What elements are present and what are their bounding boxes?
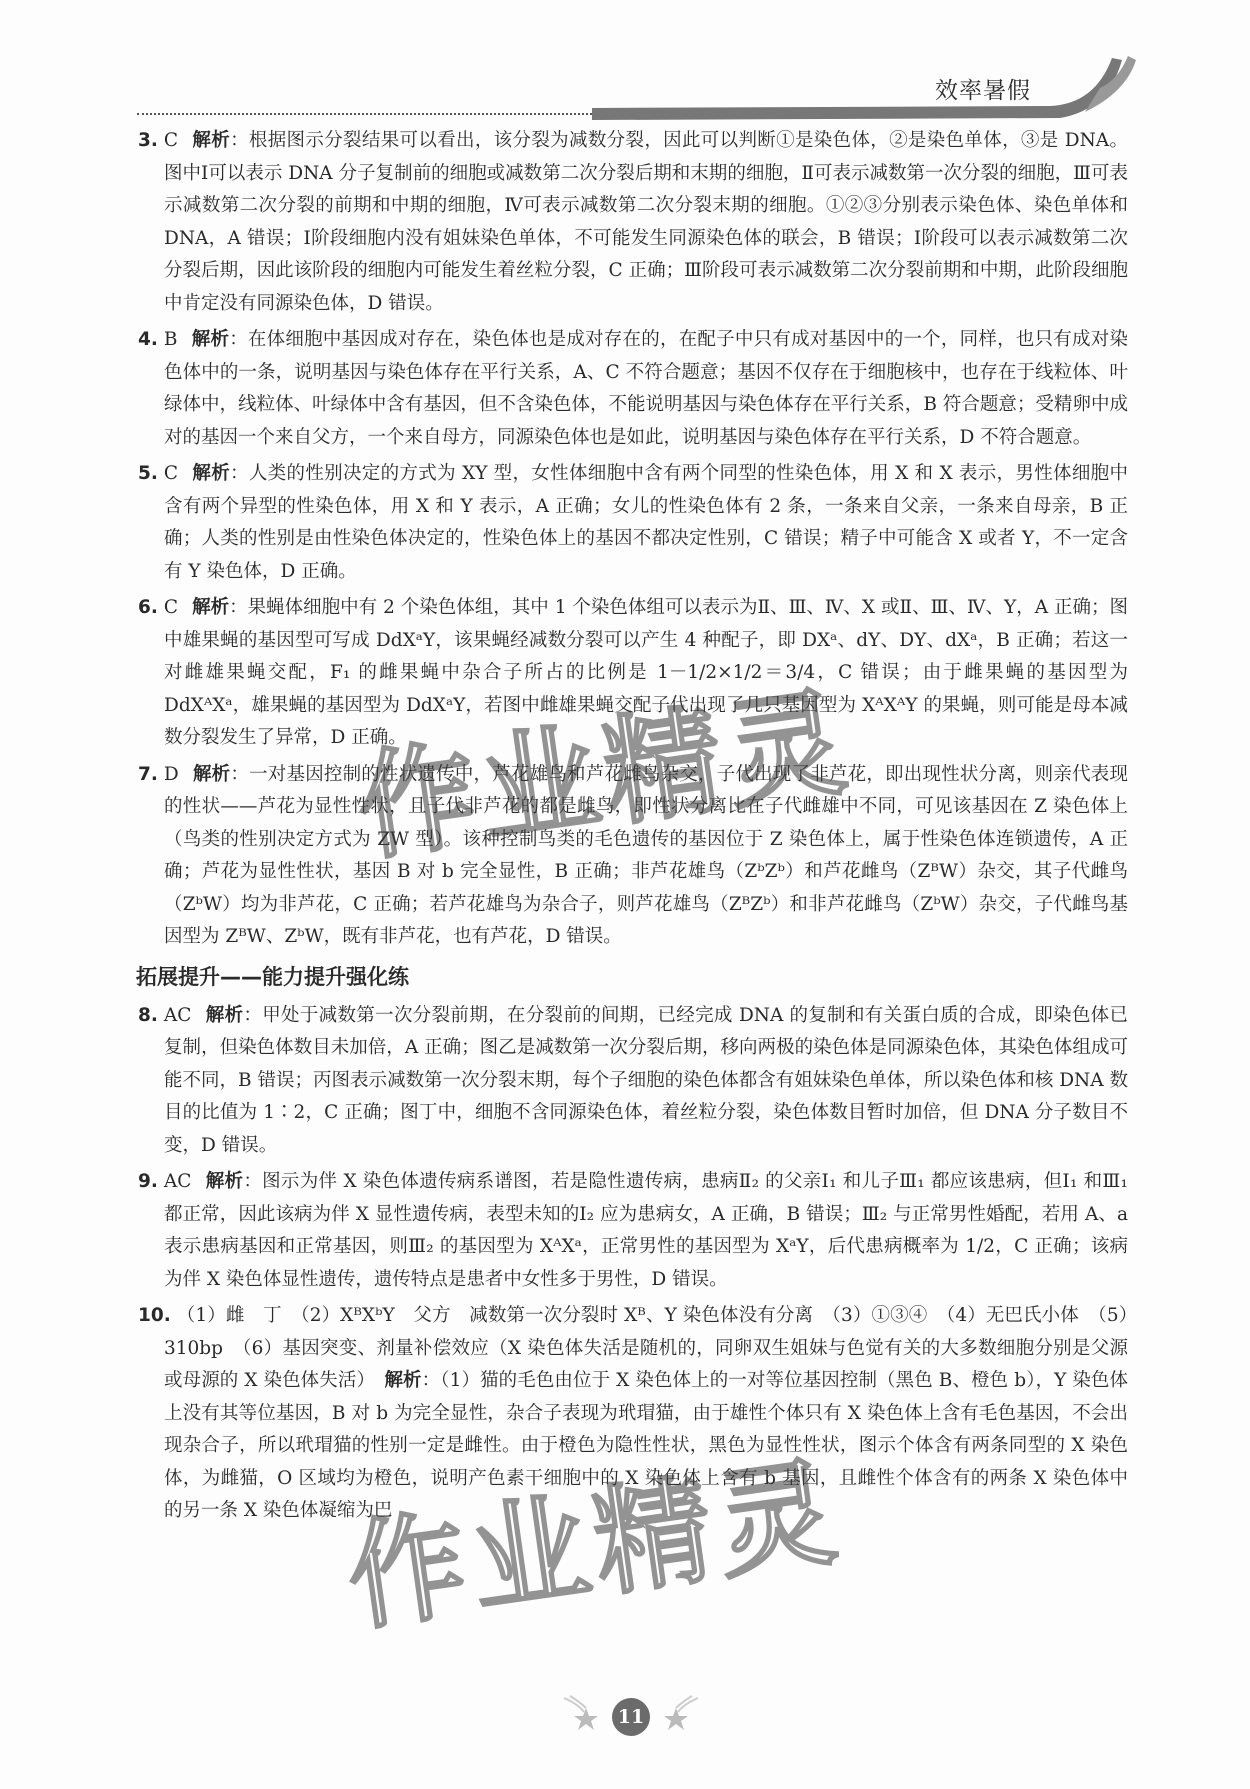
question-5: 5.C解析：人类的性别决定的方式为 XY 型，女性体细胞中含有两个同型的性染色体… [138, 458, 1128, 588]
page-number: 11 [612, 1698, 650, 1736]
question-number: 4. [138, 329, 158, 350]
question-answer: C [164, 463, 178, 484]
analysis-text: ：一对基因控制的性状遗传中，芦花雄鸟和芦花雌鸟杂交，子代出现了非芦花，即出现性状… [164, 764, 1128, 948]
question-6: 6.C解析：果蝇体细胞中有 2 个染色体组，其中 1 个染色体组可以表示为Ⅱ、Ⅲ… [138, 592, 1128, 755]
analysis-label: 解析 [192, 597, 229, 618]
section-title: 拓展提升——能力提升强化练 [136, 960, 1128, 994]
question-number: 6. [138, 597, 158, 618]
question-answer: D [164, 764, 179, 785]
question-answer: B [164, 329, 178, 350]
analysis-text: ：在体细胞中基因成对存在，染色体也是成对存在的，在配子中只有成对基因中的一个，同… [164, 329, 1128, 448]
question-answer: AC [164, 1171, 192, 1192]
header-swoosh-decoration [0, 0, 1250, 125]
analysis-label: 解析 [192, 463, 230, 484]
question-8: 8.AC解析：甲处于减数第一次分裂前期，在分裂前的间期，已经完成 DNA 的复制… [138, 1000, 1128, 1163]
star-decoration-left-icon [560, 1694, 610, 1738]
question-10: 10. （1）雌 丁 （2）XᴮXᵇY 父方 减数第一次分裂时 Xᴮ、Y 染色体… [138, 1300, 1128, 1528]
analysis-label: 解析 [384, 1370, 421, 1391]
question-4: 4.B解析：在体细胞中基因成对存在，染色体也是成对存在的，在配子中只有成对基因中… [138, 324, 1128, 454]
question-answer: AC [164, 1005, 192, 1026]
analysis-text: ：人类的性别决定的方式为 XY 型，女性体细胞中含有两个同型的性染色体，用 X … [164, 463, 1128, 582]
question-answer: C [164, 130, 178, 151]
analysis-text: ：（1）猫的毛色由位于 X 染色体上的一对等位基因控制（黑色 B、橙色 b），Y… [164, 1370, 1128, 1521]
question-3: 3.C解析：根据图示分裂结果可以看出，该分裂为减数分裂，因此可以判断①是染色体，… [138, 125, 1128, 320]
question-number: 8. [138, 1005, 158, 1026]
header-dotted-rule [137, 113, 592, 115]
analysis-label: 解析 [193, 764, 231, 785]
question-number: 7. [138, 764, 158, 785]
analysis-text: ：甲处于减数第一次分裂前期，在分裂前的间期，已经完成 DNA 的复制和有关蛋白质… [164, 1005, 1128, 1156]
question-number: 5. [138, 463, 158, 484]
question-answer: C [164, 597, 178, 618]
page-footer: 11 [560, 1694, 700, 1744]
star-decoration-right-icon [652, 1694, 702, 1738]
analysis-text: ：根据图示分裂结果可以看出，该分裂为减数分裂，因此可以判断①是染色体，②是染色单… [164, 130, 1128, 314]
analysis-label: 解析 [192, 130, 230, 151]
analysis-label: 解析 [192, 329, 230, 350]
question-7: 7.D解析：一对基因控制的性状遗传中，芦花雄鸟和芦花雌鸟杂交，子代出现了非芦花，… [138, 759, 1128, 954]
question-number: 9. [138, 1171, 158, 1192]
header-title: 效率暑假 [935, 72, 1031, 105]
answer-content: 3.C解析：根据图示分裂结果可以看出，该分裂为减数分裂，因此可以判断①是染色体，… [138, 125, 1128, 1532]
question-number: 3. [138, 130, 158, 151]
question-9: 9.AC解析：图示为伴 X 染色体遗传病系谱图，若是隐性遗传病，患病Ⅱ₂ 的父亲… [138, 1166, 1128, 1296]
analysis-label: 解析 [205, 1005, 243, 1026]
question-number: 10. [138, 1305, 171, 1326]
analysis-text: ：图示为伴 X 染色体遗传病系谱图，若是隐性遗传病，患病Ⅱ₂ 的父亲Ⅰ₁ 和儿子… [164, 1171, 1128, 1290]
analysis-text: ：果蝇体细胞中有 2 个染色体组，其中 1 个染色体组可以表示为Ⅱ、Ⅲ、Ⅳ、X … [164, 597, 1128, 748]
analysis-label: 解析 [205, 1171, 243, 1192]
page-header: 效率暑假 [0, 0, 1250, 125]
